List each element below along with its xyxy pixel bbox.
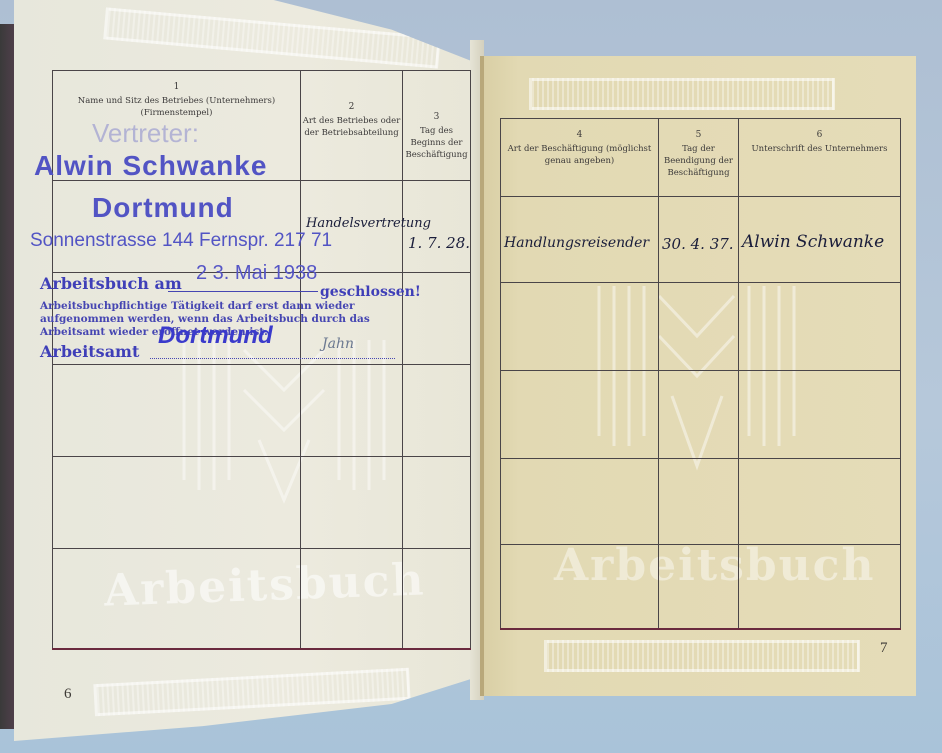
end-date-handwritten: 30. 4. 37.	[662, 235, 734, 253]
office-underline	[150, 358, 395, 359]
occupation-handwritten: Handlungsreisender	[504, 235, 649, 251]
closing-stamp-line1-prefix: Arbeitsbuch am	[40, 274, 182, 293]
watermark-border-bottom	[93, 668, 410, 716]
column-header-6: 6Unterschrift des Unternehmers	[739, 119, 901, 197]
right-header-row: 4Art der Beschäftigung (möglichst genau …	[501, 119, 901, 197]
table-row	[501, 545, 901, 629]
employer-signature: Alwin Schwanke	[742, 232, 884, 252]
closing-stamp-office-label: Arbeitsamt	[40, 342, 139, 361]
table-row	[501, 459, 901, 545]
closing-date-stamp: 2 3. Mai 1938	[196, 262, 317, 285]
column-header-2: 2Art des Betriebes oder der Betriebsabte…	[301, 71, 403, 181]
page-number-left: 6	[64, 686, 72, 703]
closing-date-underline	[168, 291, 318, 292]
right-employment-table: 4Art der Beschäftigung (möglichst genau …	[500, 118, 901, 630]
firm-stamp-name: Alwin Schwanke	[34, 150, 267, 182]
watermark-border-top	[103, 7, 441, 68]
table-row	[53, 365, 471, 457]
firm-stamp-address: Sonnenstrasse 144 Fernspr. 217 71	[30, 230, 332, 252]
firm-stamp-city: Dortmund	[92, 192, 234, 224]
table-row	[53, 457, 471, 549]
table-row	[501, 283, 901, 371]
table-row	[53, 549, 471, 649]
firm-stamp-faint-label: Vertreter:	[92, 118, 199, 149]
watermark-border-bottom	[544, 640, 860, 672]
closing-stamp-line2: Arbeitsbuchpflichtige Tätigkeit darf ers…	[40, 300, 355, 312]
table-row	[501, 371, 901, 459]
column-header-4: 4Art der Beschäftigung (möglichst genau …	[501, 119, 659, 197]
closing-stamp-office-value: Dortmund	[158, 322, 273, 350]
closing-stamp-line1-suffix: geschlossen!	[320, 284, 421, 300]
column-header-3: 3Tag des Beginns der Beschäftigung	[403, 71, 471, 181]
official-signature: Jahn	[322, 336, 354, 352]
start-date-handwritten: 1. 7. 28.	[408, 234, 470, 252]
page-number-right: 7	[880, 640, 888, 657]
watermark-border-top	[529, 78, 835, 110]
column-header-5: 5Tag der Beendigung der Beschäftigung	[659, 119, 739, 197]
business-type-handwritten: Handelsvertretung	[306, 214, 402, 234]
